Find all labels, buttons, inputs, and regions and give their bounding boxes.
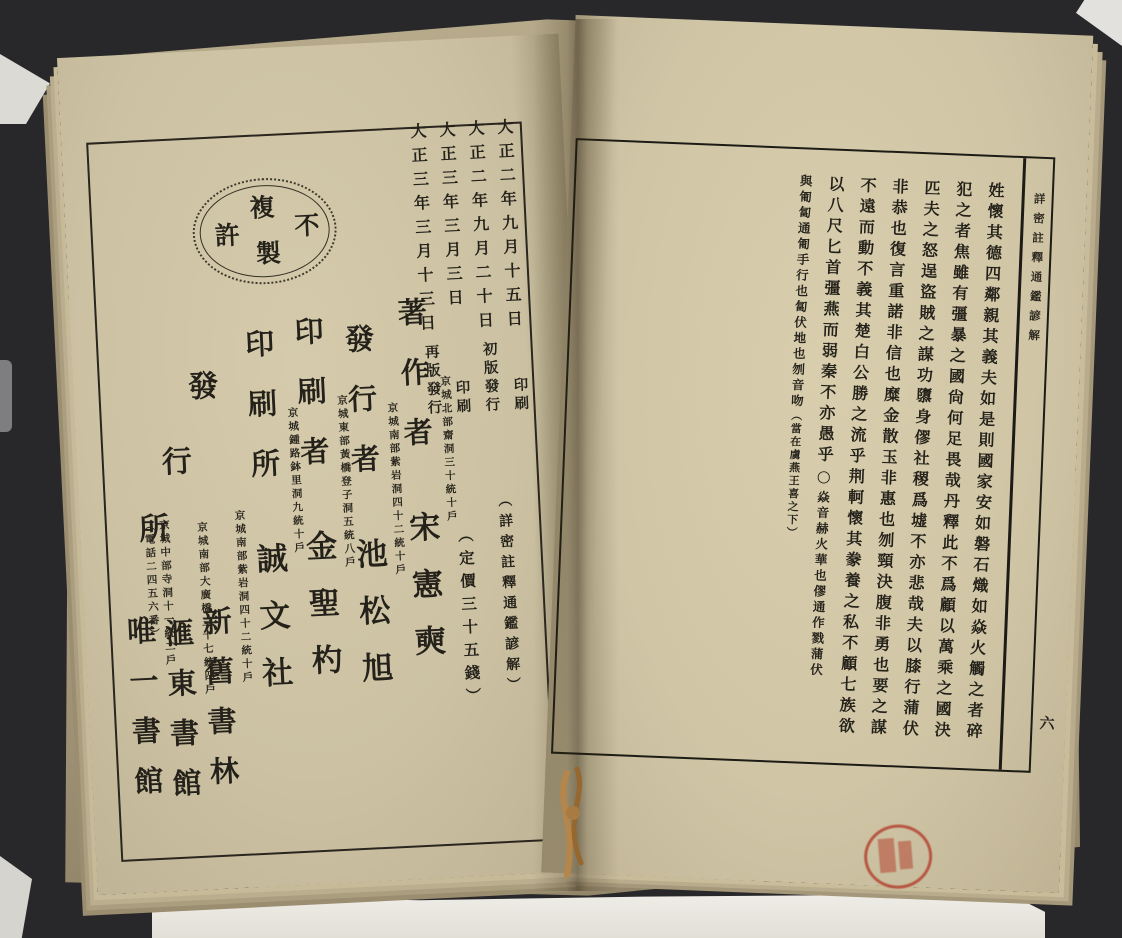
margin-column: 詳密註釋通鑑諺解 [999,158,1054,771]
date-text: 大正二年九月二十日 [466,119,496,336]
right-page: 詳密註釋通鑑諺解 姓懷其德四鄰親其義夫如是則國家安如磐石熾如焱火觸之者碎 犯之者… [541,15,1093,893]
stamp-char: 製 [255,233,282,270]
text-column: 姓懷其德四鄰親其義夫如是則國家安如磐石熾如焱火觸之者碎 [967,182,1007,760]
red-seal-stamp [862,822,935,891]
stamp-char: 不 [294,206,321,243]
text-frame: 詳密註釋通鑑諺解 姓懷其德四鄰親其義夫如是則國家安如磐石熾如焱火觸之者碎 犯之者… [551,138,1055,773]
stamp-char: 許 [214,215,241,252]
date-event: 初版發行 [478,341,503,416]
left-page: 不 複 製 許 大正二年九月十五日 印刷 大正二年九月二十日 初版發行 [57,34,599,896]
column-annotation: 焱音赫火華也僇通作戮蒲伏 [808,490,831,679]
photo-backdrop: 不 複 製 許 大正二年九月十五日 印刷 大正二年九月二十日 初版發行 [0,0,1122,938]
entry-role: 印刷所 [240,328,283,509]
series-title-label: （詳密註釋通鑑諺解） [494,492,524,698]
binding-cord [533,767,633,887]
publisher-role-char: 發 [187,361,219,406]
no-reproduction-stamp: 不 複 製 許 [190,175,339,288]
column-parenthetical: （當在虜燕王喜之下） [785,409,803,539]
colophon-frame: 不 複 製 許 大正二年九月十五日 印刷 大正二年九月二十日 初版發行 [86,121,557,861]
seal-mark [878,838,897,873]
publisher-role-char: 行 [161,436,193,481]
column-annotation: 與匍匐通匍手行也匐伏地也刎音吻 [789,174,813,410]
text-columns: 姓懷其德四鄰親其義夫如是則國家安如磐石熾如焱火觸之者碎 犯之者焦雖有彊暴之國尙何… [775,174,1007,760]
date-text: 大正三年三月三日 [437,121,465,314]
foam-support-left-middle [0,360,12,432]
column-text: 以八尺匕首彊燕而弱秦不亦愚乎○ [814,175,846,491]
book: 不 複 製 許 大正二年九月十五日 印刷 大正二年九月二十日 初版發行 [55,15,1080,900]
margin-title: 詳密註釋通鑑諺解 [1026,192,1048,349]
date-text: 大正二年九月十五日 [494,118,524,335]
foam-support-top-left [0,54,50,124]
page-number: 六 [1039,712,1055,734]
seal-mark [898,841,913,870]
stamp-char: 複 [249,188,276,225]
date-event: 印刷 [509,376,532,414]
foam-support-bottom-left [0,856,32,938]
entry-name: 誠文社 [250,542,294,715]
